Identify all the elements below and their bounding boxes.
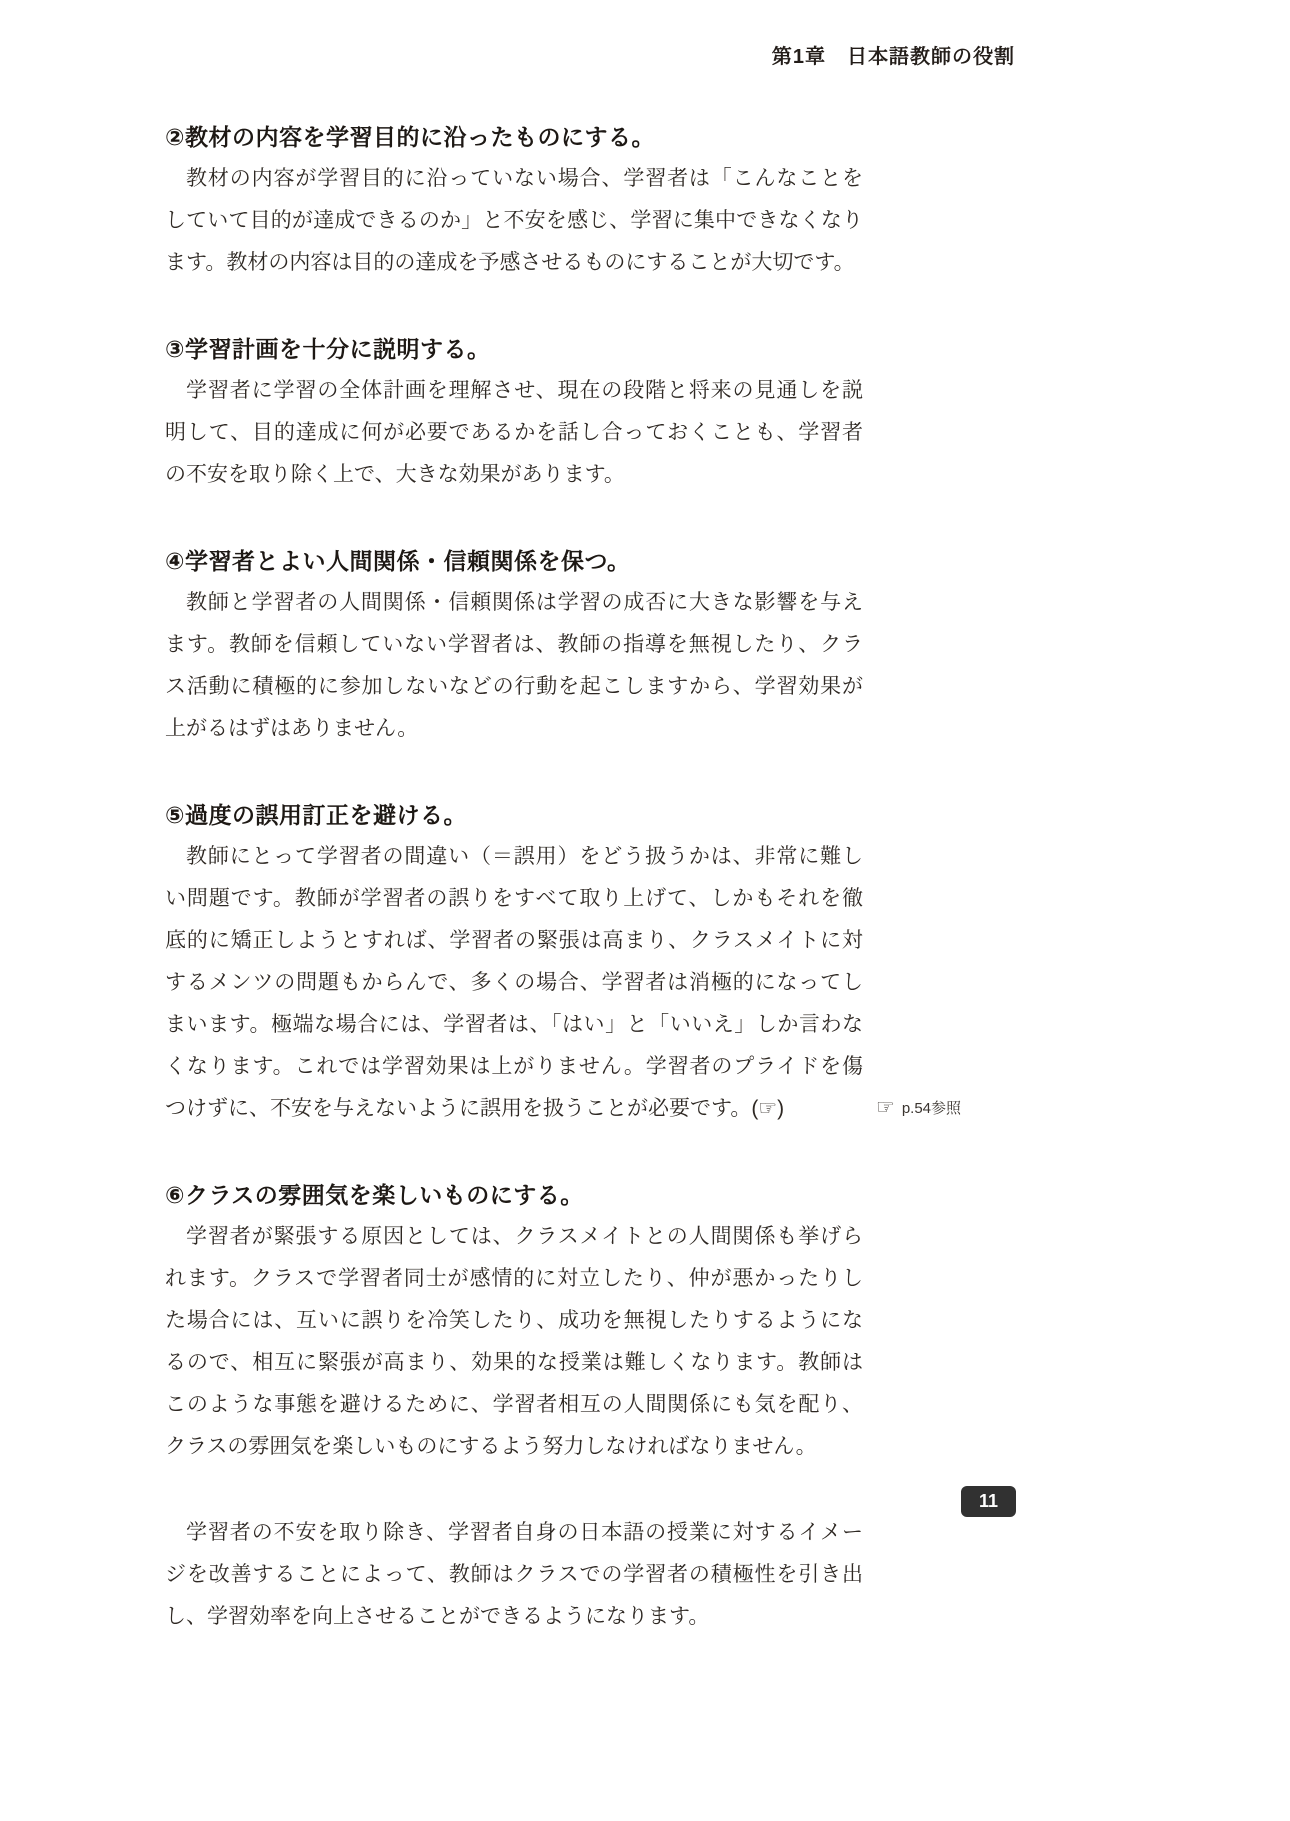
body-line: つけずに、不安を与えないように誤用を扱うことが必要です。(☞): [165, 1088, 863, 1130]
closing-section: 学習者の不安を取り除き、学習者自身の日本語の授業に対するイメージを改善することに…: [165, 1512, 863, 1638]
page-number-badge: 11: [961, 1486, 1016, 1517]
section: ③学習計画を十分に説明する。学習者に学習の全体計画を理解させ、現在の段階と将来の…: [165, 328, 863, 496]
body-line: 学習者に学習の全体計画を理解させ、現在の段階と将来の見通しを説: [165, 370, 863, 412]
body-line: ます。教師を信頼していない学習者は、教師の指導を無視したり、クラ: [165, 624, 863, 666]
section-heading: ⑤過度の誤用訂正を避ける。: [165, 794, 863, 836]
body-line: していて目的が達成できるのか」と不安を感じ、学習に集中できなくなり: [165, 200, 863, 242]
body-line: の不安を取り除く上で、大きな効果があります。: [165, 454, 863, 496]
body-line: 教師にとって学習者の間違い（＝誤用）をどう扱うかは、非常に難し: [165, 836, 863, 878]
paragraph: 教師と学習者の人間関係・信頼関係は学習の成否に大きな影響を与えます。教師を信頼し…: [165, 582, 863, 750]
section-heading: ②教材の内容を学習目的に沿ったものにする。: [165, 116, 863, 158]
body-line: 学習者の不安を取り除き、学習者自身の日本語の授業に対するイメー: [165, 1512, 863, 1554]
section-heading: ③学習計画を十分に説明する。: [165, 328, 863, 370]
margin-note: ☞ p.54参照: [876, 1097, 961, 1118]
paragraph: 学習者が緊張する原因としては、クラスメイトとの人間関係も挙げられます。クラスで学…: [165, 1216, 863, 1468]
body-line: 教材の内容が学習目的に沿っていない場合、学習者は「こんなことを: [165, 158, 863, 200]
body-line: 底的に矯正しようとすれば、学習者の緊張は高まり、クラスメイトに対: [165, 920, 863, 962]
body-line: するメンツの問題もからんで、多くの場合、学習者は消極的になってし: [165, 962, 863, 1004]
body-line: クラスの雰囲気を楽しいものにするよう努力しなければなりません。: [165, 1426, 863, 1468]
paragraph: 教師にとって学習者の間違い（＝誤用）をどう扱うかは、非常に難しい問題です。教師が…: [165, 836, 863, 1130]
body-line: れます。クラスで学習者同士が感情的に対立したり、仲が悪かったりし: [165, 1258, 863, 1300]
body-line: 教師と学習者の人間関係・信頼関係は学習の成否に大きな影響を与え: [165, 582, 863, 624]
content: ②教材の内容を学習目的に沿ったものにする。教材の内容が学習目的に沿っていない場合…: [165, 116, 863, 1638]
section-heading: ④学習者とよい人間関係・信頼関係を保つ。: [165, 540, 863, 582]
body-line: い問題です。教師が学習者の誤りをすべて取り上げて、しかもそれを徹: [165, 878, 863, 920]
body-line: 上がるはずはありません。: [165, 708, 863, 750]
body-line: るので、相互に緊張が高まり、効果的な授業は難しくなります。教師は: [165, 1342, 863, 1384]
body-line: た場合には、互いに誤りを冷笑したり、成功を無視したりするようにな: [165, 1300, 863, 1342]
body-line: 明して、目的達成に何が必要であるかを話し合っておくことも、学習者: [165, 412, 863, 454]
section: ⑤過度の誤用訂正を避ける。教師にとって学習者の間違い（＝誤用）をどう扱うかは、非…: [165, 794, 863, 1130]
section: ②教材の内容を学習目的に沿ったものにする。教材の内容が学習目的に沿っていない場合…: [165, 116, 863, 284]
pointing-hand-icon: ☞: [876, 1097, 895, 1118]
chapter-running-head: 第1章 日本語教師の役割: [772, 40, 1015, 69]
body-line: くなります。これでは学習効果は上がりません。学習者のプライドを傷: [165, 1046, 863, 1088]
section: ⑥クラスの雰囲気を楽しいものにする。学習者が緊張する原因としては、クラスメイトと…: [165, 1174, 863, 1468]
body-line: ます。教材の内容は目的の達成を予感させるものにすることが大切です。: [165, 242, 863, 284]
margin-note-label: p.54参照: [902, 1097, 961, 1118]
body-line: まいます。極端な場合には、学習者は、「はい」と「いいえ」しか言わな: [165, 1004, 863, 1046]
page-number: 11: [979, 1491, 998, 1512]
section: ④学習者とよい人間関係・信頼関係を保つ。教師と学習者の人間関係・信頼関係は学習の…: [165, 540, 863, 750]
section-heading: ⑥クラスの雰囲気を楽しいものにする。: [165, 1174, 863, 1216]
paragraph: 教材の内容が学習目的に沿っていない場合、学習者は「こんなことをしていて目的が達成…: [165, 158, 863, 284]
body-line: ジを改善することによって、教師はクラスでの学習者の積極性を引き出: [165, 1554, 863, 1596]
paragraph: 学習者の不安を取り除き、学習者自身の日本語の授業に対するイメージを改善することに…: [165, 1512, 863, 1638]
body-line: し、学習効率を向上させることができるようになります。: [165, 1596, 863, 1638]
body-line: このような事態を避けるために、学習者相互の人間関係にも気を配り、: [165, 1384, 863, 1426]
paragraph: 学習者に学習の全体計画を理解させ、現在の段階と将来の見通しを説明して、目的達成に…: [165, 370, 863, 496]
body-line: 学習者が緊張する原因としては、クラスメイトとの人間関係も挙げら: [165, 1216, 863, 1258]
body-line: ス活動に積極的に参加しないなどの行動を起こしますから、学習効果が: [165, 666, 863, 708]
